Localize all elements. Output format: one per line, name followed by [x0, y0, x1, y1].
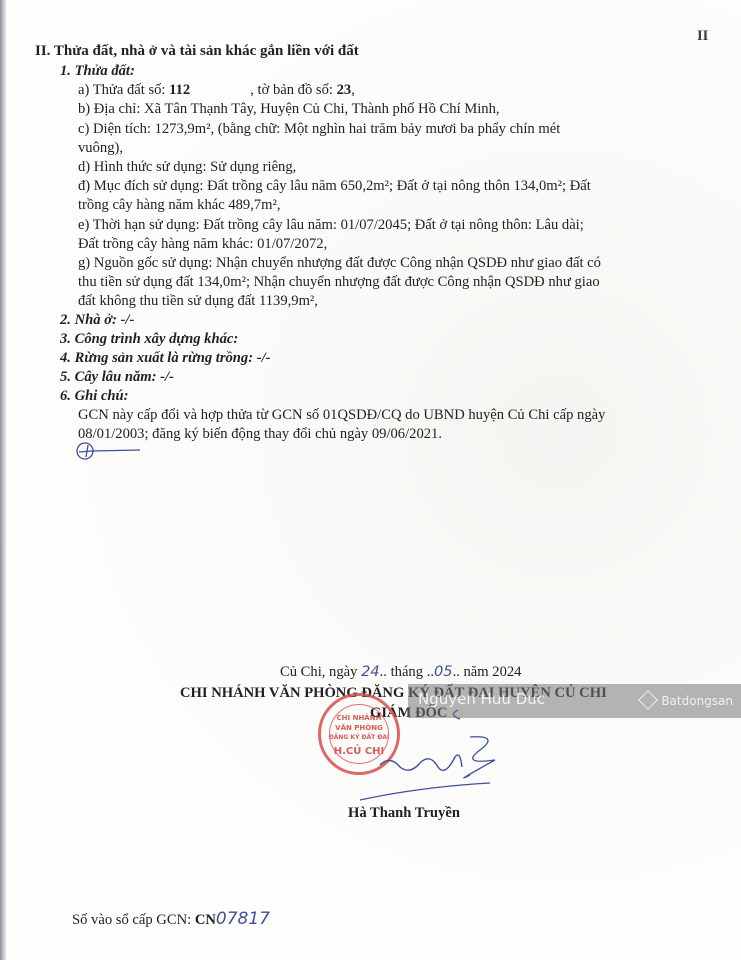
handwritten-registry-number: 07817 [216, 909, 270, 929]
house-item: 2. Nhà ở: -/- [60, 311, 134, 330]
parcel-label: a) Thửa đất số: [78, 82, 169, 98]
usage-purpose-line: đ) Mục đích sử dụng: Đất trồng cây lâu n… [78, 177, 591, 196]
map-sheet-label: , tờ bản đồ số: [250, 82, 336, 98]
handwritten-day: 24 [361, 663, 380, 680]
watermark-name: Nguyen Huu Duc [418, 690, 545, 708]
usage-purpose-line-cont: trồng cây hàng năm khác 489,7m², [78, 196, 281, 215]
usage-term-line: e) Thời hạn sử dụng: Đất trồng cây lâu n… [78, 216, 584, 235]
notes-line-1: GCN này cấp đổi và hợp thửa từ GCN số 01… [78, 406, 605, 425]
origin-line-cont-1: thu tiền sử dụng đất 134,0m²; Nhận chuyể… [78, 273, 600, 292]
usage-form-line: d) Hình thức sử dụng: Sử dụng riêng, [78, 158, 296, 177]
usage-term-line-cont: Đất trồng cây hàng năm khác: 01/07/2072, [78, 235, 327, 254]
other-construction-item: 3. Công trình xây dựng khác: [60, 330, 238, 349]
origin-line-cont-2: đất không thu tiền sử dụng đất 1139,9m², [78, 292, 318, 311]
place-date-line: Củ Chi, ngày 24.. tháng ..05.. năm 2024 [280, 662, 521, 682]
signature-icon [350, 705, 510, 805]
page-marker: II [697, 27, 708, 46]
section-title: II. Thửa đất, nhà ở và tài sản khác gắn … [35, 42, 359, 61]
area-line-cont: vuông), [78, 139, 123, 158]
registry-number-line: Số vào sổ cấp GCN: CN07817 [72, 910, 270, 930]
batdongsan-logo-icon [638, 690, 658, 710]
map-sheet-number: 23 [337, 82, 352, 98]
address-line: b) Địa chỉ: Xã Tân Thạnh Tây, Huyện Củ C… [78, 100, 500, 119]
registry-prefix: CN [195, 912, 216, 928]
handwritten-month: 05 [434, 663, 453, 680]
signer-name: Hà Thanh Truyền [348, 804, 460, 823]
watermark-banner: Nguyen Huu Duc Batdongsan [408, 684, 741, 718]
origin-line: g) Nguồn gốc sử dụng: Nhận chuyển nhượng… [78, 254, 601, 273]
parcel-number: 112 [169, 82, 190, 98]
area-line: c) Diện tích: 1273,9m², (bằng chữ: Một n… [78, 120, 560, 139]
perennial-item: 5. Cây lâu năm: -/- [60, 368, 174, 387]
initial-mark-icon [74, 440, 144, 462]
parcel-number-line: a) Thửa đất số: 112, tờ bản đồ số: 23, [78, 81, 355, 100]
land-heading: 1. Thửa đất: [60, 62, 135, 81]
forest-item: 4. Rừng sản xuất là rừng trồng: -/- [60, 349, 271, 368]
notes-heading: 6. Ghi chú: [60, 387, 129, 406]
watermark-brand: Batdongsan [641, 693, 733, 708]
